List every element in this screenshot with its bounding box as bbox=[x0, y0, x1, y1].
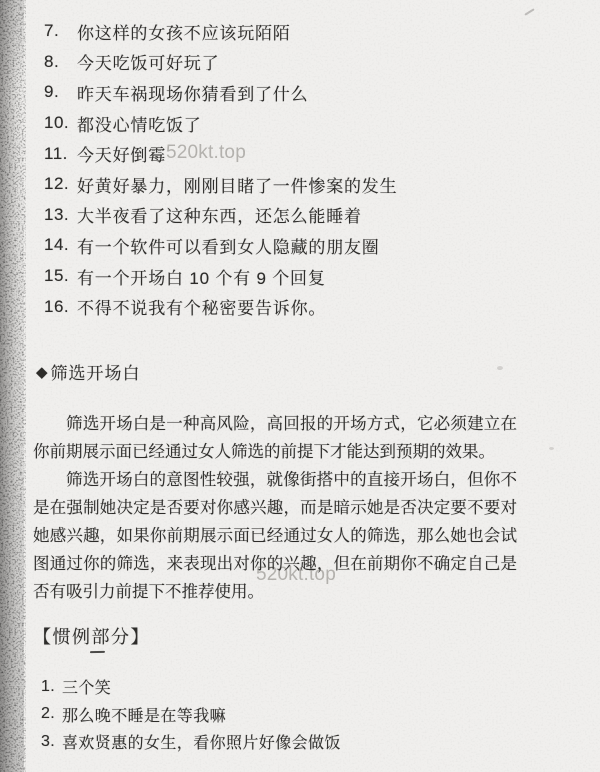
list-item-text: 三个笑 bbox=[62, 675, 111, 698]
routine-list-item: 1. 三个笑 bbox=[41, 673, 341, 701]
list-item-text: 今天好倒霉 bbox=[77, 141, 166, 166]
scan-gutter-shadow bbox=[0, 0, 24, 772]
routine-list-item: 3. 喜欢贤惠的女生，看你照片好像会做饭 bbox=[41, 728, 341, 756]
list-item-number: 13. bbox=[44, 205, 77, 225]
section-heading-filter-opener: ◆ 筛选开场白 bbox=[36, 359, 141, 384]
list-item-number: 3. bbox=[41, 733, 62, 751]
section-heading-routine: 【惯例部分】 bbox=[33, 623, 150, 649]
list-item-number: 15. bbox=[44, 266, 77, 286]
opener-list-item: 9. 昨天车祸现场你猜看到了什么 bbox=[44, 77, 397, 108]
list-item-number: 2. bbox=[41, 705, 62, 723]
section-heading-text: 筛选开场白 bbox=[51, 359, 141, 384]
list-item-text: 你这样的女孩不应该玩陌陌 bbox=[77, 19, 291, 44]
scanned-page: 520kt.top 520kt.top 7. 你这样的女孩不应该玩陌陌 8. 今… bbox=[0, 0, 600, 772]
opener-list-item: 11. 今天好倒霉 bbox=[44, 138, 397, 169]
list-item-text: 都没心情吃饭了 bbox=[77, 111, 202, 136]
list-item-number: 1. bbox=[41, 678, 62, 696]
list-item-text: 有一个开场白 10 个有 9 个回复 bbox=[77, 264, 326, 289]
list-item-text: 那么晚不睡是在等我嘛 bbox=[62, 703, 226, 726]
list-item-text: 不得不说我有个秘密要告诉你。 bbox=[77, 294, 326, 319]
opener-list-item: 13. 大半夜看了这种东西，还怎么能睡着 bbox=[44, 200, 397, 231]
opener-list-item: 8. 今天吃饭可好玩了 bbox=[44, 47, 397, 78]
list-item-number: 11. bbox=[44, 144, 77, 164]
opener-list: 7. 你这样的女孩不应该玩陌陌 8. 今天吃饭可好玩了 9. 昨天车祸现场你猜看… bbox=[44, 16, 397, 322]
underline-mark bbox=[90, 651, 105, 654]
list-item-number: 8. bbox=[44, 52, 77, 72]
list-item-number: 14. bbox=[44, 235, 77, 255]
list-item-text: 好黄好暴力，刚刚目睹了一件惨案的发生 bbox=[77, 172, 397, 197]
opener-list-item: 14. 有一个软件可以看到女人隐藏的朋友圈 bbox=[44, 230, 397, 261]
scan-speck bbox=[497, 366, 503, 370]
routine-list: 1. 三个笑 2. 那么晚不睡是在等我嘛 3. 喜欢贤惠的女生，看你照片好像会做… bbox=[41, 673, 341, 756]
list-item-text: 喜欢贤惠的女生，看你照片好像会做饭 bbox=[62, 730, 341, 753]
paragraph-1: 筛选开场白是一种高风险，高回报的开场方式，它必须建立在你前期展示面已经通过女人筛… bbox=[33, 410, 517, 466]
list-item-text: 有一个软件可以看到女人隐藏的朋友圈 bbox=[77, 233, 380, 258]
list-item-number: 12. bbox=[44, 174, 77, 194]
list-item-number: 10. bbox=[44, 113, 77, 133]
opener-list-item: 15. 有一个开场白 10 个有 9 个回复 bbox=[44, 261, 397, 292]
list-item-number: 7. bbox=[44, 21, 77, 41]
paragraph-2: 筛选开场白的意图性较强，就像街搭中的直接开场白，但你不是在强制她决定是否要对你感… bbox=[33, 466, 517, 606]
opener-list-item: 12. 好黄好暴力，刚刚目睹了一件惨案的发生 bbox=[44, 169, 397, 200]
list-item-number: 16. bbox=[44, 297, 77, 317]
routine-list-item: 2. 那么晚不睡是在等我嘛 bbox=[41, 701, 341, 729]
scan-speck bbox=[549, 447, 554, 450]
opener-list-item: 10. 都没心情吃饭了 bbox=[44, 108, 397, 139]
list-item-number: 9. bbox=[44, 82, 77, 102]
list-item-text: 今天吃饭可好玩了 bbox=[77, 49, 219, 74]
opener-list-item: 7. 你这样的女孩不应该玩陌陌 bbox=[44, 16, 397, 47]
opener-list-item: 16. 不得不说我有个秘密要告诉你。 bbox=[44, 291, 397, 322]
body-paragraphs: 筛选开场白是一种高风险，高回报的开场方式，它必须建立在你前期展示面已经通过女人筛… bbox=[33, 410, 517, 606]
scan-speck bbox=[524, 8, 534, 16]
diamond-bullet-icon: ◆ bbox=[36, 363, 49, 381]
list-item-text: 大半夜看了这种东西，还怎么能睡着 bbox=[77, 202, 362, 227]
list-item-text: 昨天车祸现场你猜看到了什么 bbox=[77, 80, 308, 105]
